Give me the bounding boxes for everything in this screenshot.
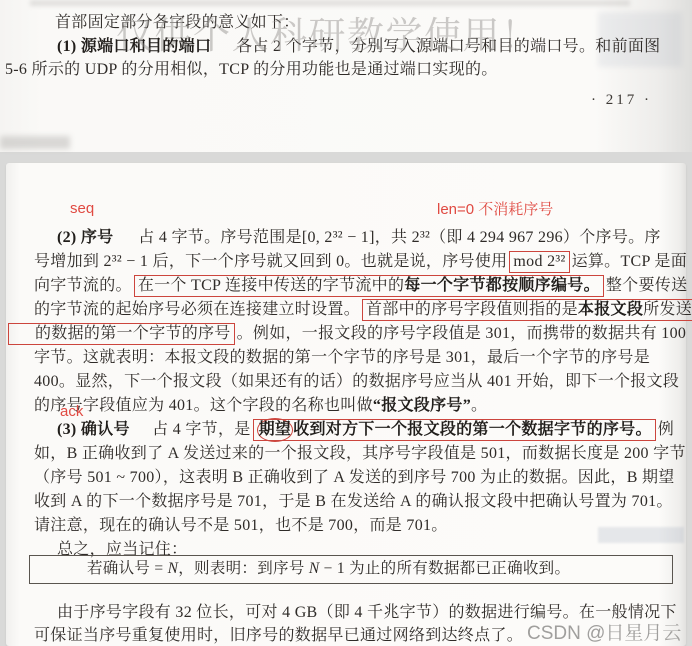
para-seq-line-7: 400。显然，下一个报文段（如果还有的话）的数据序号应当从 401 开始，即下一… (34, 371, 679, 393)
item1-line-2: 5-6 所示的 UDP 的分用相似，TCP 的分用功能也是通过端口实现的。 (5, 59, 498, 81)
bold-run-segment-seq-name: “报文段序号” (373, 397, 471, 414)
para-seq-line-4: 的字节流的起始序号必须在连接建立时设置。首部中的序号字段值则指的是本报文段所发送 (34, 299, 692, 321)
red-box-seq-field-meaning: 首部中的序号字段值则指的是本报文段所发送 (362, 299, 692, 321)
para-ack-line-1: (3) 确认号占 4 字节，是期望收到对方下一个报文段的第一个数据字节的序号。例 (57, 419, 674, 441)
bold-run: 本报文段 (578, 301, 643, 318)
page-number: · 217 · (591, 92, 652, 109)
red-box-expected-seq: 期望收到对方下一个报文段的第一个数据字节的序号。 (253, 419, 656, 441)
text-run: 首部中的序号字段值则指的是 (366, 301, 578, 318)
bold-run: 收到对方下一个报文段的第一个数据字节的序号。 (293, 421, 652, 438)
bold-run: 每一个字节都按顺序编号。 (404, 277, 600, 294)
para-ack-line-4: 收到 A 的下一个数据序号是 701，于是 B 在发送给 A 的确认报文段中把确… (34, 491, 673, 513)
field-label-seq: (2) 序号 (57, 229, 113, 246)
text-run: 占 4 字节，是 (152, 421, 250, 438)
text-run: 运算。TCP 是面 (572, 253, 687, 270)
para-32bit-line-2: 可保证当序号重复使用时，旧序号的数据早已通过网络到达终点了。 (34, 625, 523, 646)
field-label-ack: (3) 确认号 (57, 421, 130, 438)
annotation-ack: ack (60, 403, 83, 420)
text-run: 请注意，现在的确认号不是 501，也不是 700，而是 701。 (34, 517, 448, 534)
text-run: 可保证当序号重复使用时，旧序号的数据早已通过网络到达终点了。 (34, 627, 523, 644)
red-box-mod: mod 2³² (509, 251, 569, 273)
red-circle-expect: 期望 (257, 418, 294, 442)
text-run: 的序号字段值应为 401。这个字段的名称也叫做 (34, 397, 373, 414)
text-run: 在一个 TCP 连接中传送的字节流中的 (138, 277, 404, 294)
text-run: 如，B 正确收到了 A 发送过来的一个报文段，其序号字段值是 501，而数据长度… (34, 445, 686, 462)
text-run: 若确认号 = (87, 560, 168, 577)
text-run: 字节。这就表明：本报文段的数据的第一个字节的序号是 301，最后一个字节的序号是 (34, 349, 650, 366)
italic-n: N (168, 560, 179, 577)
para-seq-line-5: 的数据的第一个字节的序号。例如，一报文段的序号字段值是 301，而携带的数据共有… (34, 323, 686, 345)
text-run: 整个要传送 (606, 277, 688, 294)
annotation-seq: seq (70, 200, 94, 217)
text-run: 。 (471, 397, 487, 414)
para-seq-line-6: 字节。这就表明：本报文段的数据的第一个字节的序号是 301，最后一个字节的序号是 (34, 347, 650, 369)
text-run: 占 4 字节。序号范围是[0, 2³² − 1]，共 2³²（即 4 294 9… (138, 229, 660, 246)
text-run: 所发送 (643, 301, 692, 318)
red-box-first-byte-seq: 的数据的第一个字节的序号 (8, 323, 235, 345)
text-run: （序号 501 ~ 700），这表明 B 正确收到了 A 发送的到序号 700 … (34, 469, 675, 486)
text-run: ，则表明：到序号 (178, 560, 309, 577)
text-run: 向字节流的。 (34, 277, 132, 294)
para-seq-line-1: (2) 序号占 4 字节。序号范围是[0, 2³² − 1]，共 2³²（即 4… (57, 227, 661, 249)
para-ack-line-3: （序号 501 ~ 700），这表明 B 正确收到了 A 发送的到序号 700 … (34, 467, 675, 489)
text-run: 号增加到 2³² − 1 后，下一个序号就又回到 0。也就是说，序号使用 (34, 253, 507, 270)
para-ack-line-5: 请注意，现在的确认号不是 501，也不是 700，而是 701。 (34, 515, 448, 537)
text-run: 。例如，一报文段的序号字段值是 301，而携带的数据共有 100 (237, 325, 687, 342)
text-run: 例 (658, 421, 674, 438)
scanned-textbook-page: 仅供个人科研教学使用！ 首部固定部分各字段的意义如下： (1) 源端口和目的端口… (0, 0, 692, 646)
para-seq-line-3: 向字节流的。在一个 TCP 连接中传送的字节流中的每一个字节都按顺序编号。整个要… (34, 275, 687, 297)
para-ack-line-2: 如，B 正确收到了 A 发送过来的一个报文段，其序号字段值是 501，而数据长度… (34, 443, 686, 465)
text-run: 5-6 所示的 UDP 的分用相似，TCP 的分用功能也是通过端口实现的。 (5, 61, 498, 78)
text-run: 收到 A 的下一个数据序号是 701，于是 B 在发送给 A 的确认报文段中把确… (34, 493, 673, 510)
para-seq-line-8: 的序号字段值应为 401。这个字段的名称也叫做“报文段序号”。 (34, 395, 487, 417)
text-run: 400。显然，下一个报文段（如果还有的话）的数据序号应当从 401 开始，即下一… (34, 373, 679, 390)
para-seq-line-2: 号增加到 2³² − 1 后，下一个序号就又回到 0。也就是说，序号使用mod … (34, 251, 687, 273)
text-run: − 1 为止的所有数据都已正确收到。 (319, 560, 570, 577)
summary-note-box: 若确认号 = N，则表明：到序号 N − 1 为止的所有数据都已正确收到。 (29, 555, 673, 584)
annotation-len0: len=0 不消耗序号 (437, 198, 553, 219)
usage-watermark: 仅供个人科研教学使用！ (116, 5, 540, 59)
red-box-byte-numbering: 在一个 TCP 连接中传送的字节流中的每一个字节都按顺序编号。 (134, 275, 604, 297)
italic-n: N (309, 560, 320, 577)
csdn-watermark: CSDN @日星月云 (527, 618, 681, 645)
text-run: 的字节流的起始序号必须在连接建立时设置。 (34, 301, 360, 318)
